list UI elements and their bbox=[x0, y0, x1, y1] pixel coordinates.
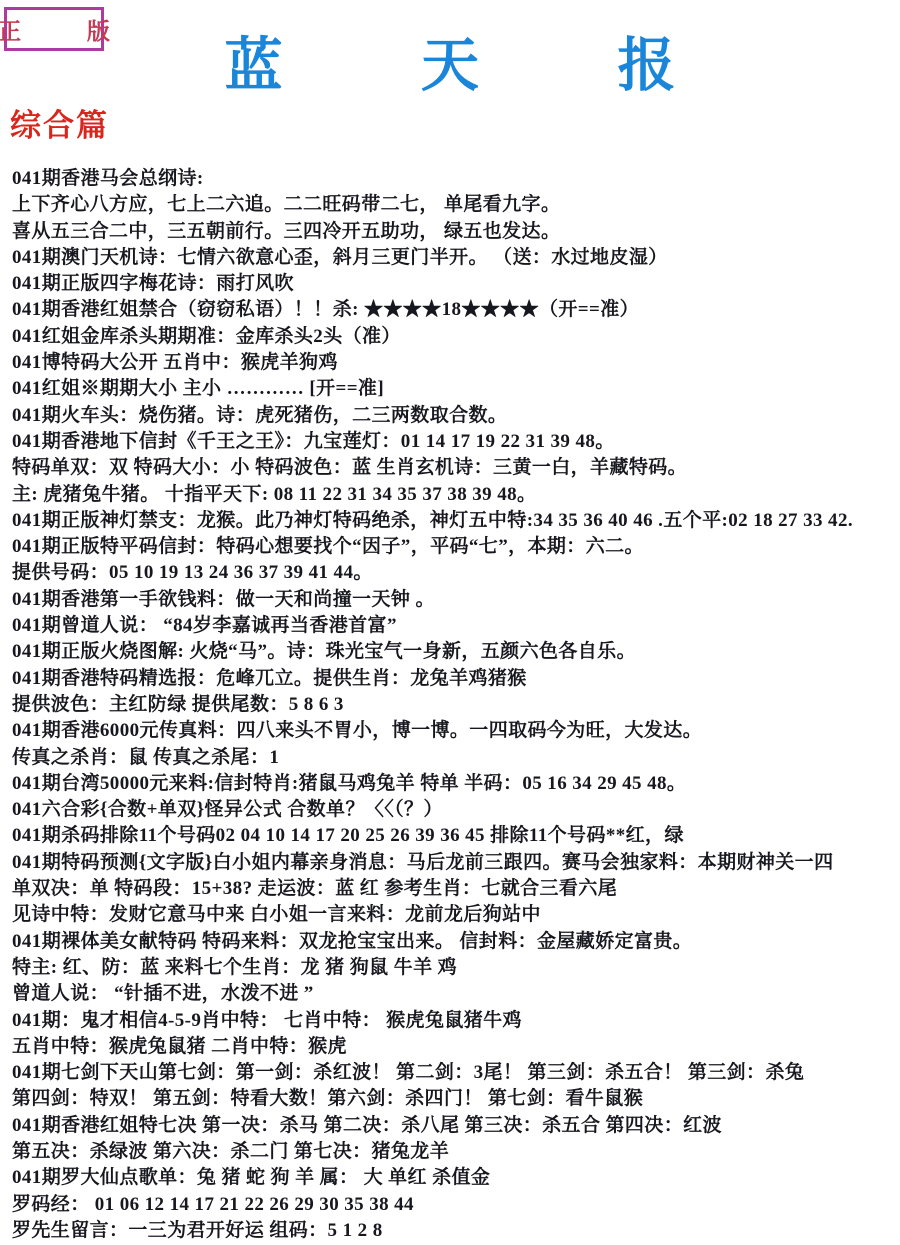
text-line: 041期正版火烧图解: 火烧“马”。诗：珠光宝气一身新，五颜六色各自乐。 bbox=[12, 639, 900, 665]
section-heading: 综合篇 bbox=[10, 100, 109, 145]
text-line: 041期：鬼才相信4-5-9肖中特： 七肖中特： 猴虎兔鼠猪牛鸡 bbox=[12, 1008, 900, 1034]
text-line: 041期台湾50000元来料:信封特肖:猪鼠马鸡兔羊 特单 半码：05 16 3… bbox=[12, 771, 900, 797]
text-line: 041期香港特码精选报：危峰兀立。提供生肖：龙兔羊鸡猪猴 bbox=[12, 666, 900, 692]
text-line: 041期香港马会总纲诗: bbox=[12, 166, 900, 192]
text-line: 041期正版特平码信封：特码心想要找个“因子”，平码“七”，本期：六二。 bbox=[12, 534, 900, 560]
text-line: 041期火车头：烧伤猪。诗：虎死猪伤，二三两数取合数。 bbox=[12, 403, 900, 429]
text-line: 041六合彩{合数+单双}怪异公式 合数单？〈〈（？） bbox=[12, 797, 900, 823]
text-line: 罗码经： 01 06 12 14 17 21 22 26 29 30 35 38… bbox=[12, 1192, 900, 1218]
text-line: 041期澳门天机诗：七情六欲意心歪，斜月三更门半开。 （送：水过地皮湿） bbox=[12, 245, 900, 271]
text-line: 喜从五三合二中，三五朝前行。三四冷开五助功， 绿五也发达。 bbox=[12, 219, 900, 245]
text-line: 041期正版四字梅花诗：雨打风吹 bbox=[12, 271, 900, 297]
text-line: 041期香港6000元传真料：四八来头不胃小，博一博。一四取码今为旺，大发达。 bbox=[12, 718, 900, 744]
text-line: 单双决：单 特码段：15+38? 走运波：蓝 红 参考生肖：七就合三看六尾 bbox=[12, 876, 900, 902]
text-line: 曾道人说： “针插不进，水泼不进 ” bbox=[12, 981, 900, 1007]
text-line: 041红姐※期期大小 主小 ………… [开==准] bbox=[12, 376, 900, 402]
text-line: 主: 虎猪兔牛猪。 十指平天下: 08 11 22 31 34 35 37 38… bbox=[12, 482, 900, 508]
text-line: 041期香港红姐禁合（窃窃私语）！！杀: ★★★★18★★★★（开==准） bbox=[12, 297, 900, 323]
text-line: 见诗中特：发财它意马中来 白小姐一言来料：龙前龙后狗站中 bbox=[12, 902, 900, 928]
text-line: 传真之杀肖：鼠 传真之杀尾：1 bbox=[12, 745, 900, 771]
text-line: 五肖中特：猴虎兔鼠猪 二肖中特：猴虎 bbox=[12, 1034, 900, 1060]
text-line: 特主: 红、防：蓝 来料七个生肖：龙 猪 狗鼠 牛羊 鸡 bbox=[12, 955, 900, 981]
text-line: 041期香港第一手欲钱料：做一天和尚撞一天钟 。 bbox=[12, 587, 900, 613]
report-body: 041期香港马会总纲诗:上下齐心八方应，七上二六追。二二旺码带二七， 单尾看九字… bbox=[12, 166, 900, 1244]
text-line: 041期曾道人说： “84岁李嘉诚再当香港首富” bbox=[12, 613, 900, 639]
text-line: 第五决：杀绿波 第六决：杀二门 第七决：猪兔龙羊 bbox=[12, 1139, 900, 1165]
text-line: 041期香港红姐特七决 第一决：杀马 第二决：杀八尾 第三决：杀五合 第四决：红… bbox=[12, 1113, 900, 1139]
text-line: 041红姐金库杀头期期准：金库杀头2头（准） bbox=[12, 324, 900, 350]
text-line: 特码单双：双 特码大小：小 特码波色：蓝 生肖玄机诗：三黄一白，羊藏特码。 bbox=[12, 455, 900, 481]
page-title: 蓝 天 报 bbox=[0, 18, 900, 102]
text-line: 041期特码预测{文字版}白小姐内幕亲身消息：马后龙前三跟四。赛马会独家料：本期… bbox=[12, 850, 900, 876]
text-line: 罗先生留言：一三为君开好运 组码：5 1 2 8 bbox=[12, 1218, 900, 1244]
text-line: 提供波色：主红防绿 提供尾数：5 8 6 3 bbox=[12, 692, 900, 718]
text-line: 041期裸体美女献特码 特码来料：双龙抢宝宝出来。 信封料：金屋藏娇定富贵。 bbox=[12, 929, 900, 955]
text-line: 041期七剑下天山第七剑：第一剑：杀红波！ 第二剑：3尾！ 第三剑：杀五合！ 第… bbox=[12, 1060, 900, 1086]
text-line: 041期香港地下信封《千王之王》：九宝莲灯：01 14 17 19 22 31 … bbox=[12, 429, 900, 455]
text-line: 提供号码：05 10 19 13 24 36 37 39 41 44。 bbox=[12, 560, 900, 586]
text-line: 上下齐心八方应，七上二六追。二二旺码带二七， 单尾看九字。 bbox=[12, 192, 900, 218]
text-line: 第四剑：特双！ 第五剑：特看大数！第六剑：杀四门！ 第七剑：看牛鼠猴 bbox=[12, 1086, 900, 1112]
text-line: 041期杀码排除11个号码02 04 10 14 17 20 25 26 39 … bbox=[12, 823, 900, 849]
text-line: 041期正版神灯禁支：龙猴。此乃神灯特码绝杀，神灯五中特:34 35 36 40… bbox=[12, 508, 900, 534]
text-line: 041期罗大仙点歌单：兔 猪 蛇 狗 羊 属： 大 单红 杀值金 bbox=[12, 1165, 900, 1191]
text-line: 041博特码大公开 五肖中：猴虎羊狗鸡 bbox=[12, 350, 900, 376]
